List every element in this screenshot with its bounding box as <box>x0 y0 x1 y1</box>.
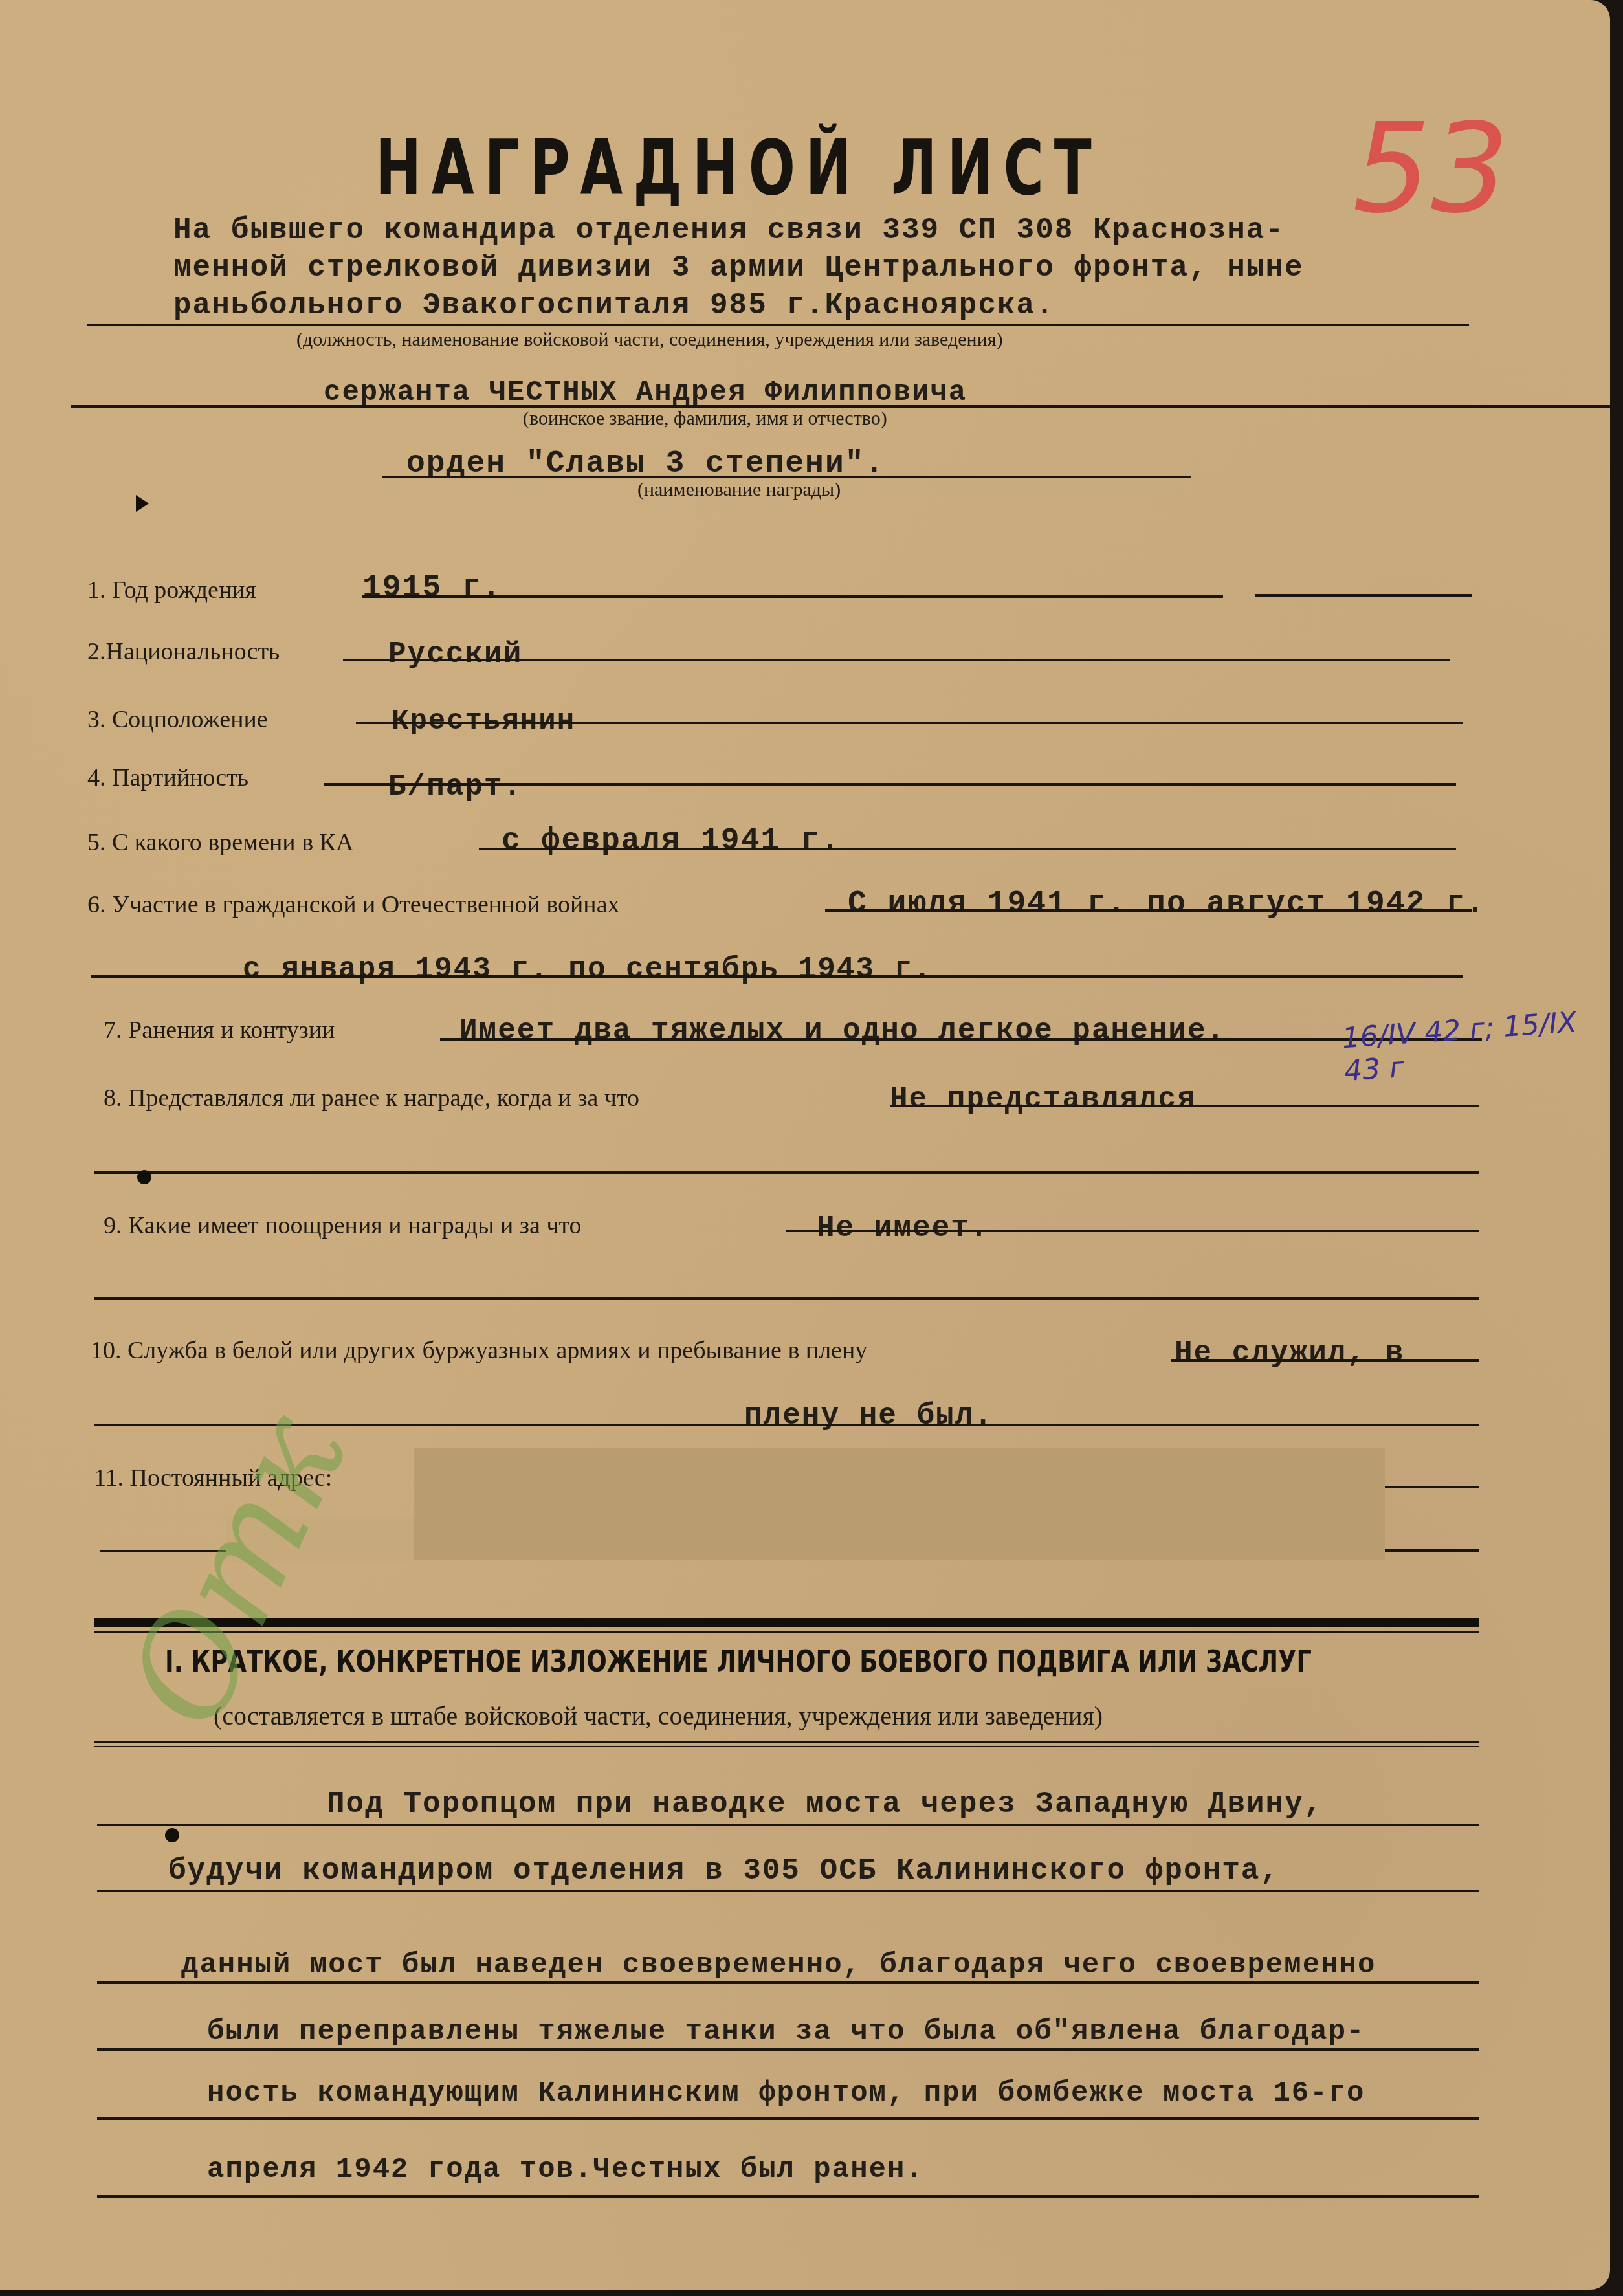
address-redaction <box>414 1448 1385 1560</box>
field-5-value: с февраля 1941 г. <box>502 824 841 859</box>
field-7-label: 7. Ранения и контузии <box>104 1016 335 1044</box>
field-6-value: С июля 1941 г. по август 1942 г. <box>848 887 1486 922</box>
punch-hole-mark <box>165 1828 179 1842</box>
name-caption: (воинское звание, фамилия, имя и отчеств… <box>523 408 887 430</box>
narrative-line-2: будучи командиром отделения в 305 ОСБ Ка… <box>168 1854 1279 1888</box>
field-10-label: 10. Служба в белой или других буржуазных… <box>91 1336 867 1365</box>
section-1-heading: I. КРАТКОЕ, КОНКРЕТНОЕ ИЗЛОЖЕНИЕ ЛИЧНОГО… <box>165 1644 1312 1679</box>
header-underline <box>87 324 1469 326</box>
field-5-label: 5. С какого времени в КА <box>87 828 353 857</box>
field-7-value: Имеет два тяжелых и одно легкое ранение. <box>459 1014 1226 1048</box>
header-line-2: менной стрелковой дивизии 3 армии Центра… <box>173 251 1304 285</box>
green-pencil-signature: Отк <box>97 1391 377 1750</box>
field-11-underline <box>1382 1486 1479 1488</box>
field-6-label: 6. Участие в гражданской и Отечественной… <box>87 890 620 919</box>
field-1-label: 1. Год рождения <box>87 576 256 604</box>
award-underline <box>382 476 1191 478</box>
header-line-1: На бывшего командира отделения связи 339… <box>173 214 1285 247</box>
award-sheet: 53 НАГРАДНОЙ ЛИСТ На бывшего командира о… <box>0 0 1610 2290</box>
award-caption: (наименование награды) <box>637 479 841 501</box>
field-3-label: 3. Соцположение <box>87 705 268 734</box>
section-1-caption: (составляется в штабе войсковой части, с… <box>214 1701 1103 1731</box>
field-2-underline <box>343 659 1450 661</box>
section-divider <box>94 1618 1479 1627</box>
narrative-line-1: Под Торопцом при наводке моста через Зап… <box>327 1787 1323 1821</box>
field-9-underline <box>786 1230 1479 1232</box>
field-4-value: Б/парт. <box>388 770 522 804</box>
field-7-underline <box>440 1038 1482 1041</box>
narrative-line-5: ность командующим Калининским фронтом, п… <box>207 2077 1365 2110</box>
narrative-line-4: были переправлены тяжелые танки за что б… <box>207 2016 1365 2048</box>
document-title: НАГРАДНОЙ ЛИСТ <box>375 123 1101 212</box>
narrative-rule-4 <box>97 2048 1479 2051</box>
field-4-underline <box>324 783 1456 786</box>
field-10-value-2: плену не был. <box>744 1399 993 1433</box>
narrative-line-3: данный мост был наведен своевременно, бл… <box>181 1949 1376 1981</box>
field-8-label: 8. Представлялся ли ранее к награде, ког… <box>104 1084 639 1112</box>
wound-dates-note: 16/IV 42 г; 15/IX 43 г <box>1341 1004 1612 1088</box>
header-caption: (должность, наименование войсковой части… <box>296 329 1002 351</box>
field-9-value: Не имеет. <box>817 1211 989 1245</box>
section-divider-thin <box>94 1631 1479 1633</box>
narrative-line-6: апреля 1942 года тов.Честных был ранен. <box>207 2154 924 2186</box>
field-5-underline <box>479 848 1456 850</box>
field-4-label: 4. Партийность <box>87 764 248 792</box>
field-8-underline <box>890 1105 1479 1107</box>
field-8-underline-2 <box>94 1171 1479 1174</box>
narrative-rule-6 <box>97 2195 1479 2198</box>
field-2-value: Русский <box>388 637 522 671</box>
field-6-underline-2 <box>91 975 1463 978</box>
field-6-underline <box>825 909 1472 912</box>
field-9-underline-2 <box>94 1297 1479 1300</box>
field-3-underline <box>356 722 1463 724</box>
field-10-underline <box>1171 1359 1479 1362</box>
field-9-label: 9. Какие имеет поощрения и награды и за … <box>104 1211 582 1240</box>
punch-hole-mark <box>136 495 149 512</box>
field-8-value: Не представлялся <box>890 1083 1197 1116</box>
narrative-rule-1 <box>97 1824 1479 1826</box>
page-number-mark: 53 <box>1352 97 1509 240</box>
field-6-value-2: с января 1943 г. по сентябрь 1943 г. <box>243 953 933 986</box>
field-1-value: 1915 г. <box>362 571 502 606</box>
recipient-name: сержанта ЧЕСТНЫХ Андрея Филипповича <box>324 377 967 409</box>
punch-hole-mark <box>137 1170 151 1184</box>
field-1-underline <box>362 595 1223 598</box>
field-2-label: 2.Национальность <box>87 637 280 666</box>
header-line-3: раньбольного Эвакогоспиталя 985 г.Красно… <box>173 289 1055 322</box>
narrative-rule-3 <box>97 1981 1479 1984</box>
section-1-caption-rule-2 <box>94 1746 1479 1747</box>
field-10-value: Не служил, в <box>1175 1336 1404 1370</box>
field-1-underline-2 <box>1255 594 1472 597</box>
narrative-rule-5 <box>97 2117 1479 2120</box>
section-1-caption-rule <box>94 1741 1479 1743</box>
field-11-underline-2b <box>1382 1549 1479 1552</box>
narrative-rule-2 <box>97 1890 1479 1892</box>
